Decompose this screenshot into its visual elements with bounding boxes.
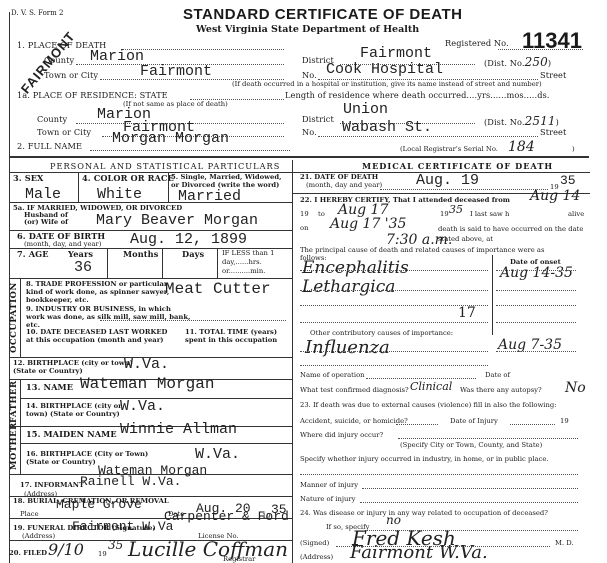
res-no-label: No. [302, 127, 317, 137]
death-no-label: No. [302, 70, 317, 80]
medical-section-title: MEDICAL CERTIFICATE OF DEATH [362, 161, 553, 171]
injury-date-label: Date of Injury [450, 417, 498, 425]
sex-label: 3. SEX [13, 173, 44, 183]
birthplace-value: W.Va. [124, 356, 169, 373]
spouse-label: Husband of (or) Wife of [24, 212, 74, 226]
test-value: Clinical [410, 380, 452, 393]
trade-label: 8. TRADE PROFESSION or particular kind o… [26, 280, 181, 304]
column-divider [292, 160, 293, 563]
death-dist-no-value: 250 [525, 55, 548, 69]
funeral-value: Carpenter & Ford [164, 509, 289, 524]
years-value: 36 [74, 259, 92, 276]
father-bp-value: W.Va. [120, 398, 165, 415]
occupation-related-value: no [386, 513, 401, 527]
father-side-label: FATHER [9, 383, 19, 423]
hospital-note: (If death occurred in a hospital or inst… [232, 80, 542, 88]
registered-label: Registered No. [445, 38, 509, 48]
attended-year-value: 35 [449, 203, 463, 216]
days-label: Days [182, 249, 204, 259]
race-value: White [97, 186, 142, 203]
res-county-label: County [37, 114, 67, 124]
death-county-value: Marion [90, 48, 144, 65]
trade-value: Meat Cutter [165, 280, 271, 298]
res-dist-no-label: (Dist. No.2511) [484, 114, 559, 128]
dod-label: 21. DATE OF DEATH [300, 173, 378, 181]
death-said-label: death is said to have occurred on the da… [438, 224, 588, 244]
attended-from-value: Aug 14 [530, 188, 580, 204]
death-dist-no-label: (Dist. No.250) [484, 55, 551, 69]
specify-place-label: Specify whether injury occurred in indus… [300, 455, 549, 463]
length-residence-label: Length of residence where death occurred… [285, 90, 550, 100]
marital-label: 5. Single, Married, Widowed, or Divorced… [171, 173, 289, 189]
res-district-label: District [302, 114, 334, 124]
other-cause-value: Influenza [305, 337, 390, 358]
total-time-label: 11. TOTAL TIME (years) spent in this occ… [185, 328, 285, 344]
months-label: Months [123, 249, 158, 259]
operation-label: Name of operation [300, 371, 365, 379]
department-subtitle: West Virginia State Department of Health [196, 24, 419, 35]
md-label: M. D. [555, 539, 574, 547]
mother-bp-value: W.Va. [195, 446, 240, 463]
sex-value: Male [25, 186, 61, 203]
death-district-value: Fairmont [360, 45, 432, 62]
burial-place-label: Place [20, 510, 39, 518]
less-label: IF LESS than 1 day,......hrs. or........… [222, 249, 286, 276]
full-name-value: Morgan Morgan [112, 130, 229, 147]
mother-side-label: MOTHER [9, 430, 19, 470]
alive-label: alive [568, 210, 584, 218]
to-label: to [318, 210, 325, 218]
burial-place-value: Maple Grove [56, 497, 142, 512]
filed-label: 20. FILED [9, 549, 47, 557]
filed-year-value: 35 [108, 538, 123, 552]
physician-address-label: (Address) [300, 553, 333, 561]
res-street-label: Street [540, 127, 566, 137]
signed-label: (Signed) [300, 539, 329, 547]
test-label: What test confirmed diagnosis? [300, 386, 409, 394]
last-saw-label: I last saw h [470, 210, 509, 218]
operation-date-label: Date of [485, 371, 510, 379]
nature-injury-label: Nature of injury [300, 495, 355, 503]
certify-label: 22. I HEREBY CERTIFY, That I attended de… [300, 196, 510, 204]
serial-value: 184 [508, 139, 535, 155]
death-street-value: Cook Hospital [326, 61, 443, 78]
external-causes-label: 23. If death was due to external causes … [300, 401, 557, 409]
res-district-value: Union [343, 101, 388, 118]
mother-name-value: Winnie Allman [120, 421, 237, 438]
last-seen-value: Aug 17 '35 [330, 216, 406, 232]
physician-address-value: Fairmont W.Va. [350, 542, 488, 563]
race-label: 4. COLOR OR RACE [82, 173, 174, 183]
autopsy-label: Was there any autopsy? [460, 386, 542, 394]
cause-2-value: Lethargica [302, 277, 395, 297]
form-id: D. V. S. Form 2 [11, 9, 63, 17]
personal-section-title: PERSONAL AND STATISTICAL PARTICULARS [50, 161, 280, 171]
registrar-signature: Lucille Coffman [128, 537, 288, 561]
father-name-label: 13. NAME [26, 382, 73, 392]
funeral-address-label: (Address) [22, 532, 55, 540]
on-label: on [300, 224, 308, 232]
industry-label: 9. INDUSTRY OR BUSINESS, in which work w… [26, 305, 191, 329]
occupation-related-label: 24. Was disease or injury in any way rel… [300, 509, 548, 517]
death-town-label: Town or City [44, 70, 98, 80]
father-name-value: Wateman Morgan [80, 375, 214, 393]
dob-value: Aug. 12, 1899 [130, 231, 247, 248]
dod-sub: (month, day and year) [306, 181, 382, 189]
serial-label: (Local Registrar's Serial No. [400, 145, 498, 153]
where-injury-label: Where did injury occur? [300, 431, 383, 439]
registrar-label: Registrar [223, 555, 255, 563]
cause-code-value: 17 [458, 305, 476, 321]
manner-injury-label: Manner of injury [300, 481, 358, 489]
informant-label: 17. INFORMANT [20, 481, 84, 489]
birthplace-label: 12. BIRTHPLACE (city or town) (State or … [13, 359, 138, 375]
death-street-label: Street [540, 70, 566, 80]
res-street-value: Wabash St. [342, 119, 432, 136]
residence-label: 1a. PLACE OF RESIDENCE: STATE [17, 90, 168, 100]
last-worked-label: 10. DATE DECEASED LAST WORKED at this oc… [26, 328, 176, 344]
funeral-address-value: Fairmont W.Va [72, 519, 173, 534]
informant-address-value: Rainell W.Va. [80, 474, 181, 489]
mother-name-label: 15. MAIDEN NAME [26, 429, 117, 439]
dob-sub: (month, day, and year) [24, 240, 101, 248]
filed-date-value: 9/10 [48, 540, 84, 559]
where-injury-note: (Specify City or Town, County, and State… [400, 441, 542, 449]
res-dist-no-value: 2511 [525, 114, 556, 128]
res-town-label: Town or City [37, 127, 91, 137]
dod-value: Aug. 19 [416, 172, 479, 189]
age-label: 7. AGE [17, 249, 49, 259]
dod-year-value: 35 [560, 173, 576, 188]
death-county-label: County [44, 55, 74, 65]
registered-number: 11341 [522, 28, 582, 54]
occupation-side-label: OCCUPATION [9, 283, 19, 353]
cause-1-value: Encephalitis [302, 258, 409, 278]
onset-1-value: Aug 14-35 [500, 265, 573, 281]
autopsy-value: No [565, 380, 586, 396]
spouse-value: Mary Beaver Morgan [96, 212, 258, 229]
full-name-label: 2. FULL NAME [17, 141, 82, 151]
accident-label: Accident, suicide, or homicide? [300, 417, 408, 425]
certificate-title: STANDARD CERTIFICATE OF DEATH [183, 6, 462, 23]
years-label: Years [68, 249, 93, 259]
death-town-value: Fairmont [140, 63, 212, 80]
other-causes-label: Other contributory causes of importance: [310, 329, 453, 337]
injury-year-label: 19 [560, 417, 569, 425]
